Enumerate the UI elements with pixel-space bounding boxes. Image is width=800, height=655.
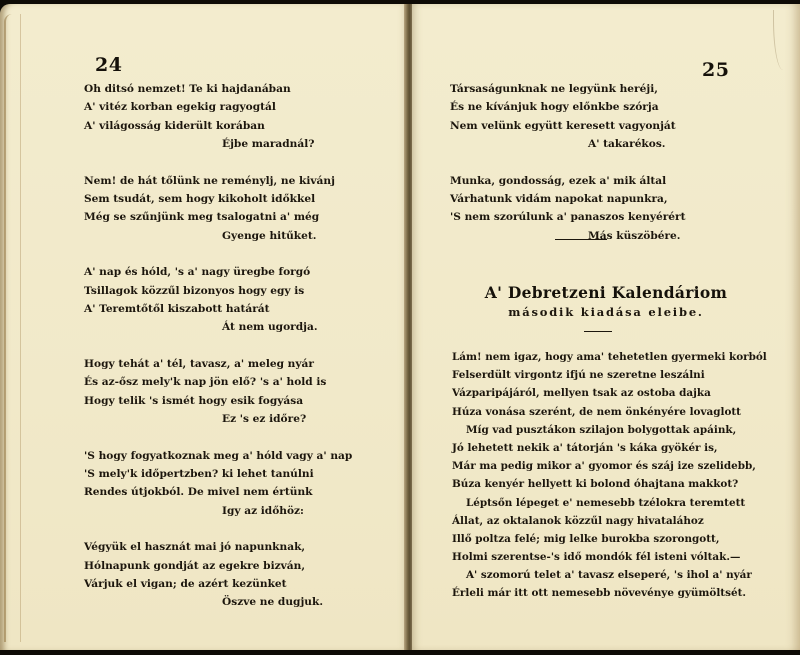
verse-line: 'S nem szorúlunk a' panaszos kenyérért [450, 208, 686, 226]
page-number-left: 24 [95, 54, 122, 76]
verse-line: És az-ősz mely'k nap jön elő? 's a' hold… [84, 373, 352, 391]
prose-line: Illő poltza felé; mig lelke burokba szor… [452, 530, 767, 548]
verse-line: Tsillagok közzűl bizonyos hogy egy is [84, 282, 352, 300]
prose-line: Míg vad pusztákon szilajon bolygottak ap… [452, 421, 767, 439]
prose-poem: Lám! nem igaz, hogy ama' tehetetlen gyer… [452, 348, 767, 603]
verse-closing-line: Öszve ne dugjuk. [84, 593, 352, 611]
verse-line: Hogy tehát a' tél, tavasz, a' meleg nyár [84, 355, 352, 373]
verse-line: Társaságunknak ne legyünk heréji, [450, 80, 686, 98]
verse-line: Hogy telik 's ismét hogy esik fogyása [84, 392, 352, 410]
page-corner-curl [773, 10, 796, 70]
stanza: Társaságunknak ne legyünk heréji, És ne … [450, 80, 686, 153]
stanza: Munka, gondosság, ezek a' mik által Várh… [450, 172, 686, 245]
left-page: 24 Oh ditsó nemzet! Te ki hajdanában A' … [0, 4, 408, 650]
prose-line: Felserdült virgontz ifjú ne szeretne les… [452, 366, 767, 384]
stanza: Hogy tehát a' tél, tavasz, a' meleg nyár… [84, 355, 352, 428]
prose-line: Már ma pedig mikor a' gyomor és száj ize… [452, 457, 767, 475]
section-subtitle: második kiadása eleibe. [412, 305, 800, 319]
verse-closing-line: Más küszöbére. [450, 227, 686, 245]
verse-line: 'S mely'k időpertzben? ki lehet tanúlni [84, 465, 352, 483]
verse-closing-line: Gyenge hitűket. [84, 227, 352, 245]
prose-line: Jó lehetett nekik a' tátorján 's káka gy… [452, 439, 767, 457]
verse-line: Várhatunk vidám napokat napunkra, [450, 190, 686, 208]
verse-line: Várjuk el vigan; de azért kezünket [84, 575, 352, 593]
left-poem: Oh ditsó nemzet! Te ki hajdanában A' vit… [84, 80, 352, 630]
verse-line: Nem velünk együtt keresett vagyonját [450, 117, 686, 135]
page-edge-lines [4, 14, 21, 642]
verse-line: Hólnapunk gondját az egekre bizván, [84, 557, 352, 575]
verse-line: Rendes útjokból. De mivel nem értünk [84, 483, 352, 501]
verse-line: Még se szűnjünk meg tsalogatni a' még [84, 208, 352, 226]
subtitle-divider [584, 331, 612, 332]
right-page: 25 Társaságunknak ne legyünk heréji, És … [412, 4, 800, 650]
verse-line: A' Teremtőtől kiszabott határát [84, 300, 352, 318]
verse-line: 'S hogy fogyatkoznak meg a' hóld vagy a'… [84, 447, 352, 465]
prose-line: Húza vonása szerént, de nem önkényére lo… [452, 403, 767, 421]
verse-line: Nem! de hát tőlünk ne reménylj, ne kiván… [84, 172, 352, 190]
verse-line: A' vitéz korban egekig ragyogtál [84, 98, 352, 116]
verse-closing-line: Éjbe maradnál? [84, 135, 352, 153]
prose-line: Vázparipájáról, mellyen tsak az ostoba d… [452, 384, 767, 402]
stanza: 'S hogy fogyatkoznak meg a' hóld vagy a'… [84, 447, 352, 520]
stanza: A' nap és hóld, 's a' nagy üregbe forgó … [84, 263, 352, 336]
prose-line: Léptsőn lépeget e' nemesebb tzélokra ter… [452, 494, 767, 512]
section-title: A' Debretzeni Kalendáriom [412, 283, 800, 302]
prose-line: Holmi szerentse-'s idő mondók fél isteni… [452, 548, 767, 566]
section-divider [555, 239, 607, 240]
stanza: Végyük el hasznát mai jó napunknak, Hóln… [84, 538, 352, 611]
prose-line: Búza kenyér hellyett ki bolond óhajtana … [452, 475, 767, 493]
verse-closing-line: Át nem ugordja. [84, 318, 352, 336]
prose-line: Állat, az oktalanok közzűl nagy hivatalá… [452, 512, 767, 530]
verse-line: Sem tsudát, sem hogy kikoholt időkkel [84, 190, 352, 208]
verse-line: És ne kívánjuk hogy előnkbe szórja [450, 98, 686, 116]
stanza: Oh ditsó nemzet! Te ki hajdanában A' vit… [84, 80, 352, 153]
stanza: Nem! de hát tőlünk ne reménylj, ne kiván… [84, 172, 352, 245]
verse-line: A' nap és hóld, 's a' nagy üregbe forgó [84, 263, 352, 281]
verse-line: Végyük el hasznát mai jó napunknak, [84, 538, 352, 556]
verse-closing-line: Igy az időhöz: [84, 502, 352, 520]
prose-line: Érleli már itt ott nemesebb növevénye gy… [452, 584, 767, 602]
verse-line: Munka, gondosság, ezek a' mik által [450, 172, 686, 190]
open-book: 24 Oh ditsó nemzet! Te ki hajdanában A' … [0, 0, 800, 650]
verse-closing-line: A' takarékos. [450, 135, 686, 153]
page-number-right: 25 [702, 59, 729, 81]
verse-closing-line: Ez 's ez időre? [84, 410, 352, 428]
verse-line: A' világosság kiderült korában [84, 117, 352, 135]
prose-line: A' szomorú telet a' tavasz elseperé, 's … [452, 566, 767, 584]
right-poem: Társaságunknak ne legyünk heréji, És ne … [450, 80, 686, 263]
prose-line: Lám! nem igaz, hogy ama' tehetetlen gyer… [452, 348, 767, 366]
verse-line: Oh ditsó nemzet! Te ki hajdanában [84, 80, 352, 98]
